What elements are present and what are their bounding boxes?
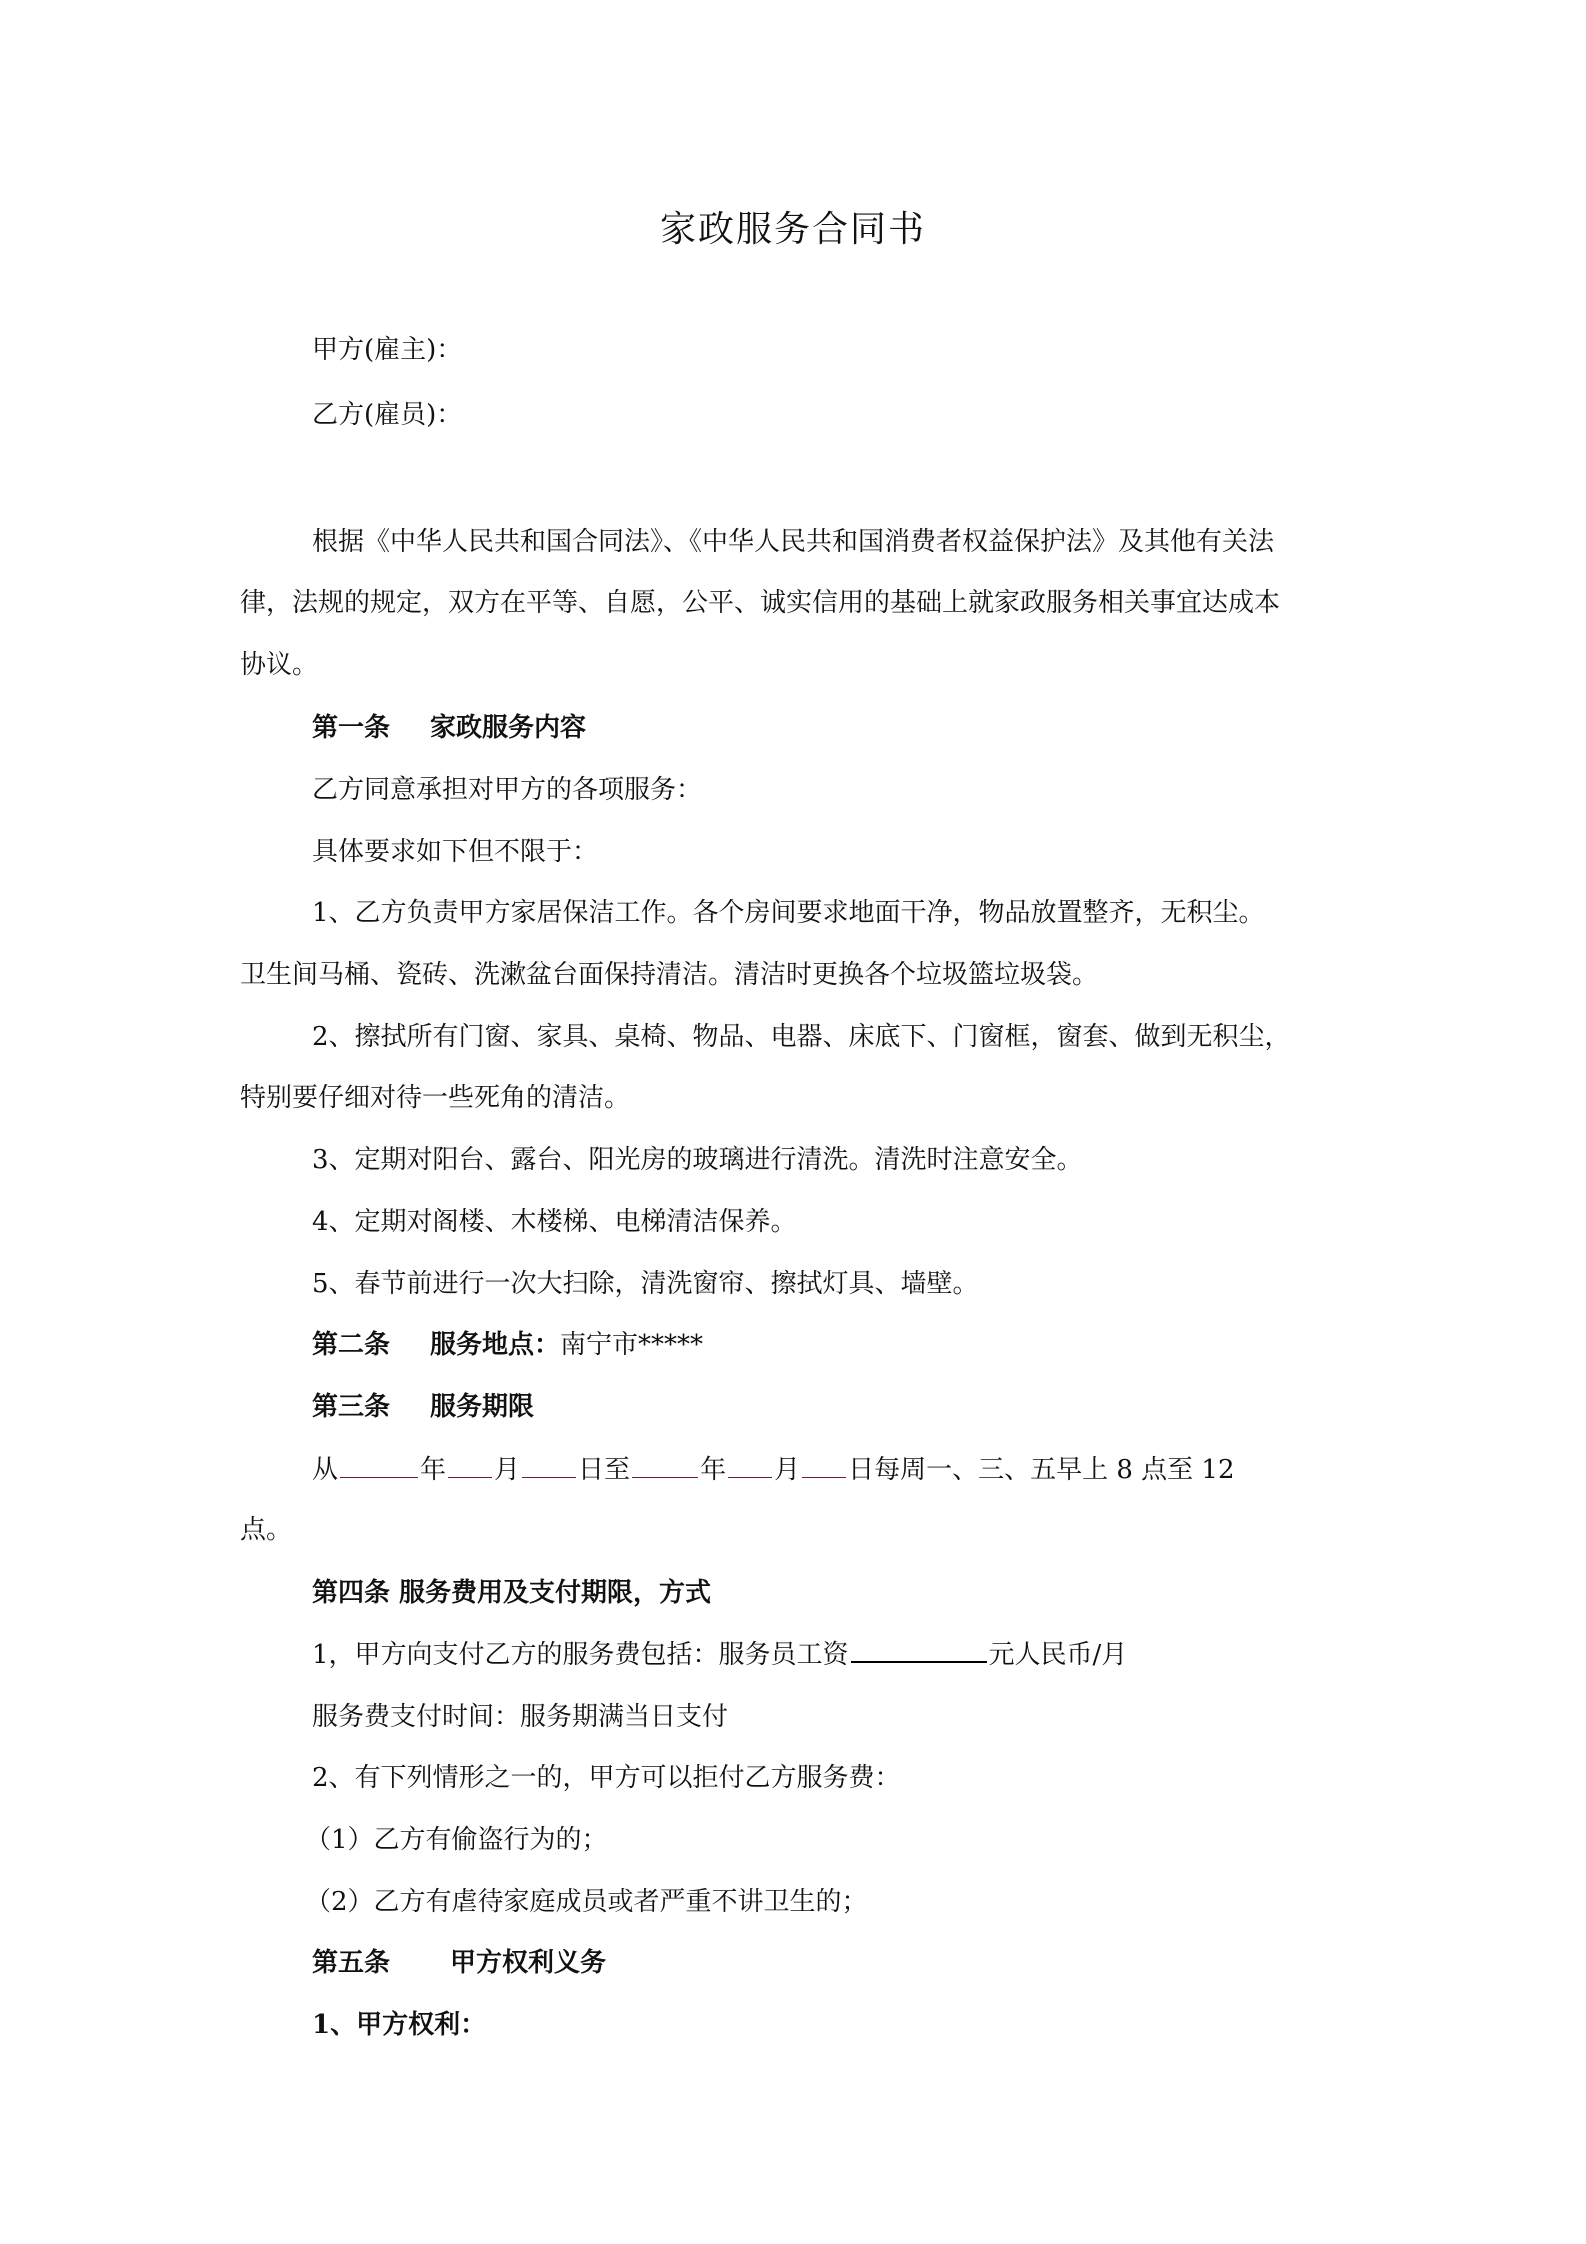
start-year-field[interactable] — [340, 1451, 418, 1478]
article-1-item-2-line-1: 2、擦拭所有门窗、家具、桌椅、物品、电器、床底下、门窗框，窗套、做到无积尘， — [312, 1017, 1291, 1057]
article-4-heading: 第四条 服务费用及支付期限，方式 — [312, 1573, 711, 1613]
article-5-title: 甲方权利义务 — [450, 1948, 606, 1978]
end-day-field[interactable] — [802, 1451, 846, 1478]
month-label-2: 月 — [774, 1455, 800, 1485]
party-b-label: 乙方(雇员)： — [312, 395, 462, 435]
article-1-intro: 乙方同意承担对甲方的各项服务： — [312, 770, 702, 810]
refusal-intro: 2、有下列情形之一的，甲方可以拒付乙方服务费： — [312, 1758, 901, 1798]
article-1-title: 家政服务内容 — [430, 713, 586, 743]
party-a-rights-heading: 1、甲方权利： — [312, 2005, 486, 2045]
year-label: 年 — [420, 1455, 446, 1485]
article-3-title: 服务期限 — [430, 1392, 534, 1422]
fee-prefix: 1，甲方向支付乙方的服务费包括：服务员工资 — [312, 1640, 849, 1670]
from-label: 从 — [312, 1455, 338, 1485]
article-2-line: 第二条服务地点：南宁市***** — [312, 1325, 703, 1365]
contract-page: 家政服务合同书 甲方(雇主)： 乙方(雇员)： 根据《中华人民共和国合同法》、《… — [0, 0, 1586, 2244]
service-period-line: 从年月日至年月日每周一、三、五早上 8 点至 12 — [312, 1450, 1235, 1490]
article-2-location: 南宁市***** — [560, 1330, 703, 1360]
article-1-heading: 第一条家政服务内容 — [312, 708, 586, 748]
preamble-line-1: 根据《中华人民共和国合同法》、《中华人民共和国消费者权益保护法》及其他有关法 — [312, 522, 1274, 562]
article-1-item-1-line-1: 1、乙方负责甲方家居保洁工作。各个房间要求地面干净，物品放置整齐，无积尘。 — [312, 893, 1265, 933]
start-day-field[interactable] — [522, 1451, 576, 1478]
article-1-number: 第一条 — [312, 713, 390, 743]
article-3-heading: 第三条服务期限 — [312, 1387, 534, 1427]
fee-suffix: 元人民币/月 — [989, 1640, 1128, 1670]
refusal-item-2: （2）乙方有虐待家庭成员或者严重不讲卫生的； — [305, 1882, 868, 1922]
article-2-heading: 服务地点： — [430, 1330, 560, 1360]
article-3-number: 第三条 — [312, 1392, 390, 1422]
article-1-item-1-line-2: 卫生间马桶、瓷砖、洗漱盆台面保持清洁。清洁时更换各个垃圾篮垃圾袋。 — [240, 955, 1098, 995]
refusal-item-1: （1）乙方有偷盗行为的； — [305, 1820, 608, 1860]
article-5-number: 第五条 — [312, 1948, 390, 1978]
article-5-heading: 第五条甲方权利义务 — [312, 1943, 606, 1983]
article-2-number: 第二条 — [312, 1330, 390, 1360]
payment-time: 服务费支付时间：服务期满当日支付 — [312, 1697, 728, 1737]
schedule-text: 日每周一、三、五早上 8 点至 12 — [848, 1455, 1234, 1485]
article-1-item-2-line-2: 特别要仔细对待一些死角的清洁。 — [240, 1078, 630, 1118]
service-period-end: 点。 — [240, 1510, 292, 1550]
article-1-item-5: 5、春节前进行一次大扫除，清洗窗帘、擦拭灯具、墙壁。 — [312, 1264, 979, 1304]
preamble-line-3: 协议。 — [240, 645, 318, 685]
day-to-label: 日至 — [578, 1455, 630, 1485]
fee-line: 1，甲方向支付乙方的服务费包括：服务员工资元人民币/月 — [312, 1635, 1127, 1675]
party-a-label: 甲方(雇主)： — [312, 330, 462, 370]
article-1-item-4: 4、定期对阁楼、木楼梯、电梯清洁保养。 — [312, 1202, 797, 1242]
article-1-requirements: 具体要求如下但不限于： — [312, 832, 598, 872]
start-month-field[interactable] — [448, 1451, 492, 1478]
year-label-2: 年 — [700, 1455, 726, 1485]
wage-amount-field[interactable] — [851, 1635, 987, 1663]
end-year-field[interactable] — [632, 1451, 698, 1478]
month-label: 月 — [494, 1455, 520, 1485]
end-month-field[interactable] — [728, 1451, 772, 1478]
preamble-line-2: 律，法规的规定，双方在平等、自愿，公平、诚实信用的基础上就家政服务相关事宜达成本 — [240, 583, 1280, 623]
document-title: 家政服务合同书 — [0, 200, 1586, 260]
article-1-item-3: 3、定期对阳台、露台、阳光房的玻璃进行清洗。清洗时注意安全。 — [312, 1140, 1083, 1180]
